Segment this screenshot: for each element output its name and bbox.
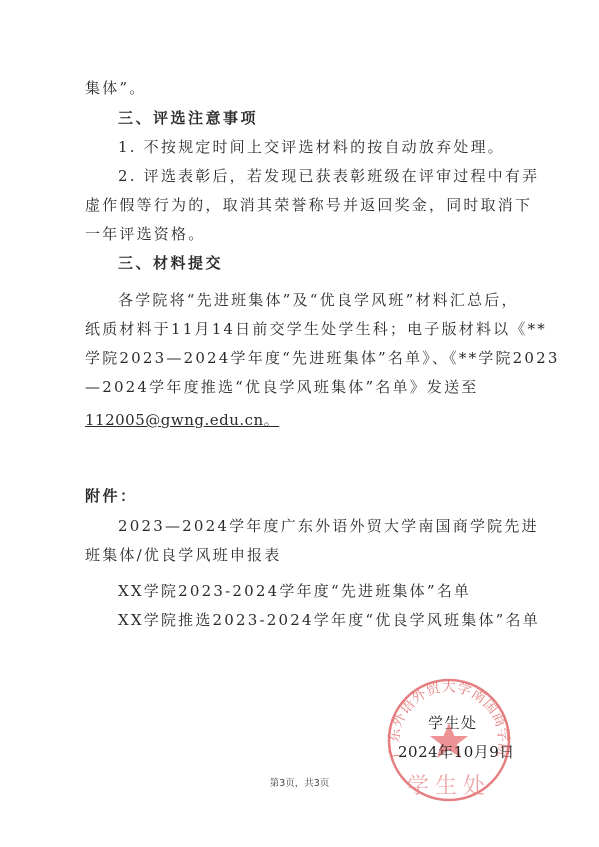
text-line: 纸质材料于11月14日前交学生处学生科；电子版材料以《** [85,319,547,339]
text-line: 1. 不按规定时间上交评选材料的按自动放弃处理。 [118,137,505,157]
text-line: 虚作假等行为的，取消其荣誉称号并返回奖金，同时取消下 [85,195,532,215]
text-line: XX学院2023-2024学年度“先进班集体”名单 [118,581,471,601]
text-line: 各学院将“先进班集体”及“优良学风班”材料汇总后， [118,290,519,310]
page-number-footer: 第3页，共3页 [0,775,599,789]
section-heading: 三、材料提交 [118,253,223,273]
text-line: 2. 评选表彰后，若发现已获表彰班级在评审过程中有弄 [118,166,539,186]
signature-date: 2024年10月9日 [398,742,515,762]
section-heading: 三、评选注意事项 [118,108,258,128]
section-heading: 附件： [85,486,138,506]
text-line: —2024学年度推选“优良学风班集体”名单》发送至 [85,377,479,397]
text-line: XX学院推选2023-2024学年度“优良学风班集体”名单 [118,610,540,630]
text-line: 学院2023—2024学年度“先进班集体”名单》、《**学院2023 [85,348,560,368]
email-link[interactable]: 112005@gwng.edu.cn。 [85,410,279,430]
signature-office: 学生处 [428,713,478,733]
text-line: 集体”。 [85,78,146,98]
text-line: 2023—2024学年度广东外语外贸大学南国商学院先进 [118,516,539,536]
text-line: 班集体/优良学风班申报表 [85,545,281,565]
text-line: 一年评选资格。 [85,224,205,244]
